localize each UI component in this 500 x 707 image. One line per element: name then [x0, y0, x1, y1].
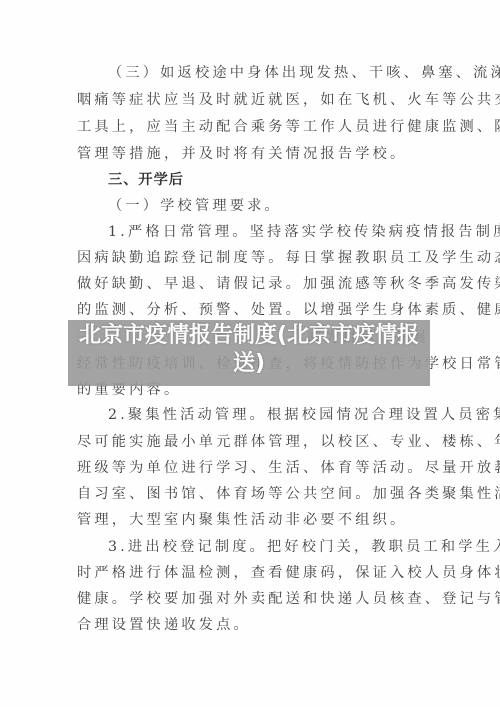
paragraph-line: 做好缺勤、早退、请假记录。加强流感等秋冬季高发传染病 [77, 271, 429, 297]
paragraph-line: 时严格进行体温检测，查看健康码，保证入校人员身体状况 [77, 560, 429, 586]
paragraph-line: 自习室、图书馆、体育场等公共空间。加强各类聚集性活动 [77, 481, 429, 507]
paragraph-line: 因病缺勤追踪登记制度等。每日掌握教职员工及学生动态， [77, 245, 429, 271]
paragraph-line: 合理设置快递收发点。 [77, 612, 429, 638]
paragraph-line: 健康。学校要加强对外卖配送和快递人员核查、登记与管理， [77, 586, 429, 612]
paragraph-line: 2.聚集性活动管理。根据校园情况合理设置人员密集度， [108, 402, 429, 428]
paragraph-line: 工具上，应当主动配合乘务等工作人员进行健康监测、防疫 [77, 114, 429, 140]
paragraph-line: 管理等措施，并及时将有关情况报告学校。 [77, 141, 429, 167]
paragraph-line: 管理，大型室内聚集性活动非必要不组织。 [77, 507, 429, 533]
paragraph-line: 班级等为单位进行学习、生活、体育等活动。尽量开放教室、 [77, 455, 429, 481]
paragraph-line: （三）如返校途中身体出现发热、干咳、鼻塞、流涕、 [108, 60, 429, 86]
paragraph-line: 尽可能实施最小单元群体管理，以校区、专业、楼栋、年级、 [77, 429, 429, 455]
title-overlay-banner: 北京市疫情报告制度(北京市疫情报送) [68, 320, 430, 386]
document-page: （三）如返校途中身体出现发热、干咳、鼻塞、流涕、 咽痛等症状应当及时就近就医，如… [0, 0, 500, 707]
section-heading: 三、开学后 [108, 167, 429, 193]
paragraph-line: 咽痛等症状应当及时就近就医，如在飞机、火车等公共交通 [77, 87, 429, 113]
overlay-title: 北京市疫情报告制度(北京市疫情报送) [68, 322, 430, 378]
paragraph-line: 1.严格日常管理。坚持落实学校传染病疫情报告制度、 [108, 219, 429, 245]
subsection-heading: （一）学校管理要求。 [108, 193, 429, 219]
paragraph-line: 3.进出校登记制度。把好校门关，教职员工和学生入校 [108, 534, 429, 560]
